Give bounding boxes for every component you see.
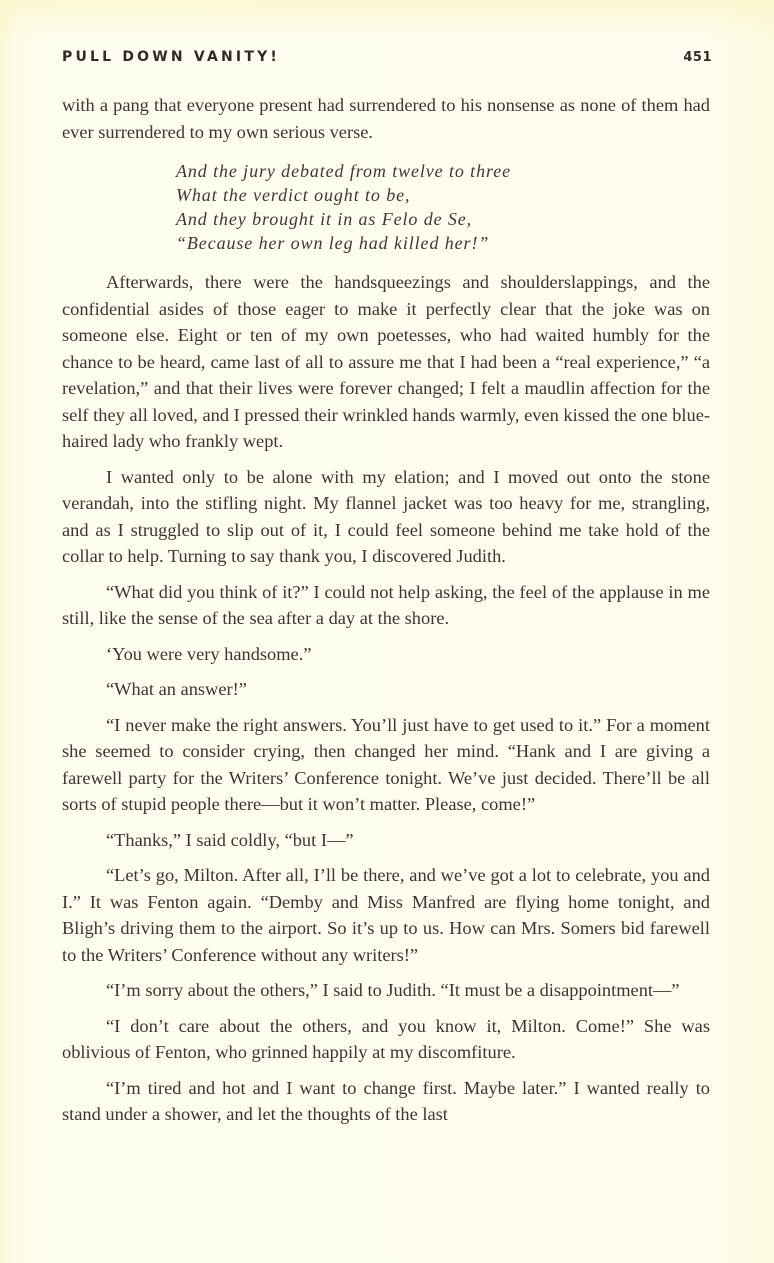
body-text: with a pang that everyone present had su… (62, 92, 710, 1128)
verse-line: What the verdict ought to be, (176, 183, 710, 207)
verse-line: “Because her own leg had killed her!” (176, 231, 710, 255)
page-number: 451 (683, 50, 712, 65)
verse-line: And the jury debated from twelve to thre… (176, 159, 710, 183)
paragraph: “Let’s go, Milton. After all, I’ll be th… (62, 862, 710, 968)
running-title: PULL DOWN VANITY! (62, 49, 280, 65)
paragraph: “I don’t care about the others, and you … (62, 1013, 710, 1066)
verse-line: And they brought it in as Felo de Se, (176, 207, 710, 231)
paragraph: ‘You were very handsome.” (62, 641, 710, 668)
paragraph: “What did you think of it?” I could not … (62, 579, 710, 632)
paragraph: “I’m sorry about the others,” I said to … (62, 977, 710, 1004)
paragraph-continuation: with a pang that everyone present had su… (62, 92, 710, 145)
paper-shading (0, 0, 774, 40)
running-head: PULL DOWN VANITY! 451 (62, 49, 712, 71)
paragraph: “I never make the right answers. You’ll … (62, 712, 710, 818)
verse-quote: And the jury debated from twelve to thre… (176, 159, 710, 255)
paragraph: “Thanks,” I said coldly, “but I—” (62, 827, 710, 854)
paragraph: I wanted only to be alone with my elatio… (62, 464, 710, 570)
paragraph: “What an answer!” (62, 676, 710, 703)
paragraph: Afterwards, there were the handsqueezing… (62, 269, 710, 455)
paragraph: “I’m tired and hot and I want to change … (62, 1075, 710, 1128)
